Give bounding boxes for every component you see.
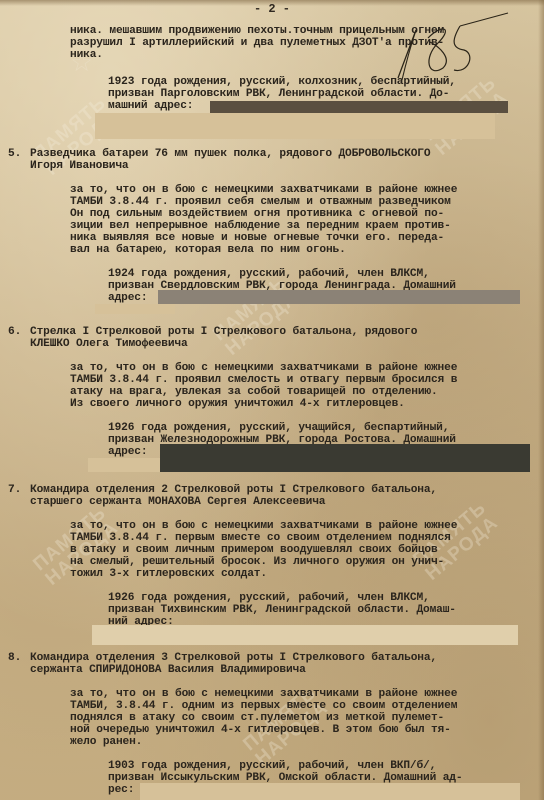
citation-line: атаку на врага, увлекая за собой товарищ…	[70, 386, 438, 398]
citation-line: за то, что он в бою с немецкими захватчи…	[70, 688, 457, 700]
citation-line: в атаку и своим личным примером воодушев…	[70, 544, 438, 556]
bio-line: адрес:	[108, 292, 147, 304]
bio-line: призван Парголовским РВК, Ленинградской …	[108, 88, 449, 100]
citation-line: ной очередью уничтожил 4-х гитлеровцев. …	[70, 724, 451, 736]
citation-line: на смелый, решительный бросок. Из личног…	[70, 556, 444, 568]
entry-number: 7.	[8, 484, 21, 496]
continuation-line: ника.	[70, 49, 103, 61]
citation-line: ТАМБИ 3.8.44 г. проявил смелость и отваг…	[70, 374, 457, 386]
citation-line: Из своего личного оружия уничтожил 4-х г…	[70, 398, 405, 410]
redacted-address	[140, 783, 520, 800]
entry-title: Стрелка I Стрелковой роты I Стрелкового …	[30, 326, 417, 338]
redacted-address	[158, 290, 520, 304]
bio-line: 1926 года рождения, русский, рабочий, чл…	[108, 592, 430, 604]
entry-title: Командира отделения 2 Стрелковой роты I …	[30, 484, 437, 496]
citation-line: ТАМБИ, 3.8.44 г. одним из первых вместе …	[70, 700, 457, 712]
citation-line: за то, что он в бою с немецкими захватчи…	[70, 184, 457, 196]
entry-title: КЛЕШКО Олега Тимофеевича	[30, 338, 188, 350]
redacted-address	[210, 101, 508, 113]
redacted-address	[92, 625, 518, 645]
redacted-address-continuation	[95, 113, 495, 139]
citation-line: вал на батарею, которая вела по ним огон…	[70, 244, 346, 256]
continuation-line: ника. мешавшим продвижению пехоты.точным…	[70, 25, 444, 37]
redacted-address-continuation	[88, 458, 160, 472]
entry-number: 6.	[8, 326, 21, 338]
bio-line: 1926 года рождения, русский, учащийся, б…	[108, 422, 449, 434]
bio-line: рес:	[108, 784, 134, 796]
bio-line: машний адрес:	[108, 100, 193, 112]
bio-line: 1923 года рождения, русский, колхозник, …	[108, 76, 456, 88]
citation-line: Он под сильным воздействием огня противн…	[70, 208, 444, 220]
citation-line: тожил 3-х гитлеровских солдат.	[70, 568, 267, 580]
bio-line: призван Тихвинским РВК, Ленинградской об…	[108, 604, 456, 616]
citation-line: за то, что он в бою с немецкими захватчи…	[70, 362, 457, 374]
bio-line: адрес:	[108, 446, 147, 458]
citation-line: ТАМБИ 3.8.44 г. первым вместе со своим о…	[70, 532, 451, 544]
entry-title: старшего сержанта МОНАХОВА Сергея Алексе…	[30, 496, 325, 508]
entry-title: сержанта СПИРИДОНОВА Василия Владимирови…	[30, 664, 306, 676]
bio-line: 1924 года рождения, русский, рабочий, чл…	[108, 268, 430, 280]
citation-line: поднялся в атаку со своим ст.пулеметом и…	[70, 712, 444, 724]
entry-number: 5.	[8, 148, 21, 160]
document-page: ПАМЯТЬНАРОДА ☆ ПАМЯТЬНАРОДА ПАМЯТЬНАРОДА…	[0, 0, 544, 800]
bio-line: 1903 года рождения, русский, рабочий, чл…	[108, 760, 436, 772]
citation-line: зиции вел непрерывное наблюдение за пере…	[70, 220, 451, 232]
redacted-address-continuation	[95, 304, 175, 314]
continuation-line: разрушил I артиллерийский и два пулеметн…	[70, 37, 444, 49]
citation-line: за то, что он в бою с немецкими захватчи…	[70, 520, 457, 532]
entry-title: Командира отделения 3 Стрелковой роты I …	[30, 652, 437, 664]
entry-title: Игоря Ивановича	[30, 160, 128, 172]
entry-title: Разведчика батареи 76 мм пушек полка, ря…	[30, 148, 430, 160]
redacted-address	[160, 444, 530, 472]
entry-number: 8.	[8, 652, 21, 664]
citation-line: жело ранен.	[70, 736, 142, 748]
citation-line: ТАМБИ 3.8.44 г. проявил себя смелым и от…	[70, 196, 451, 208]
citation-line: ника выявляя все новые и новые огневые т…	[70, 232, 444, 244]
paper-edge-right	[538, 0, 544, 800]
